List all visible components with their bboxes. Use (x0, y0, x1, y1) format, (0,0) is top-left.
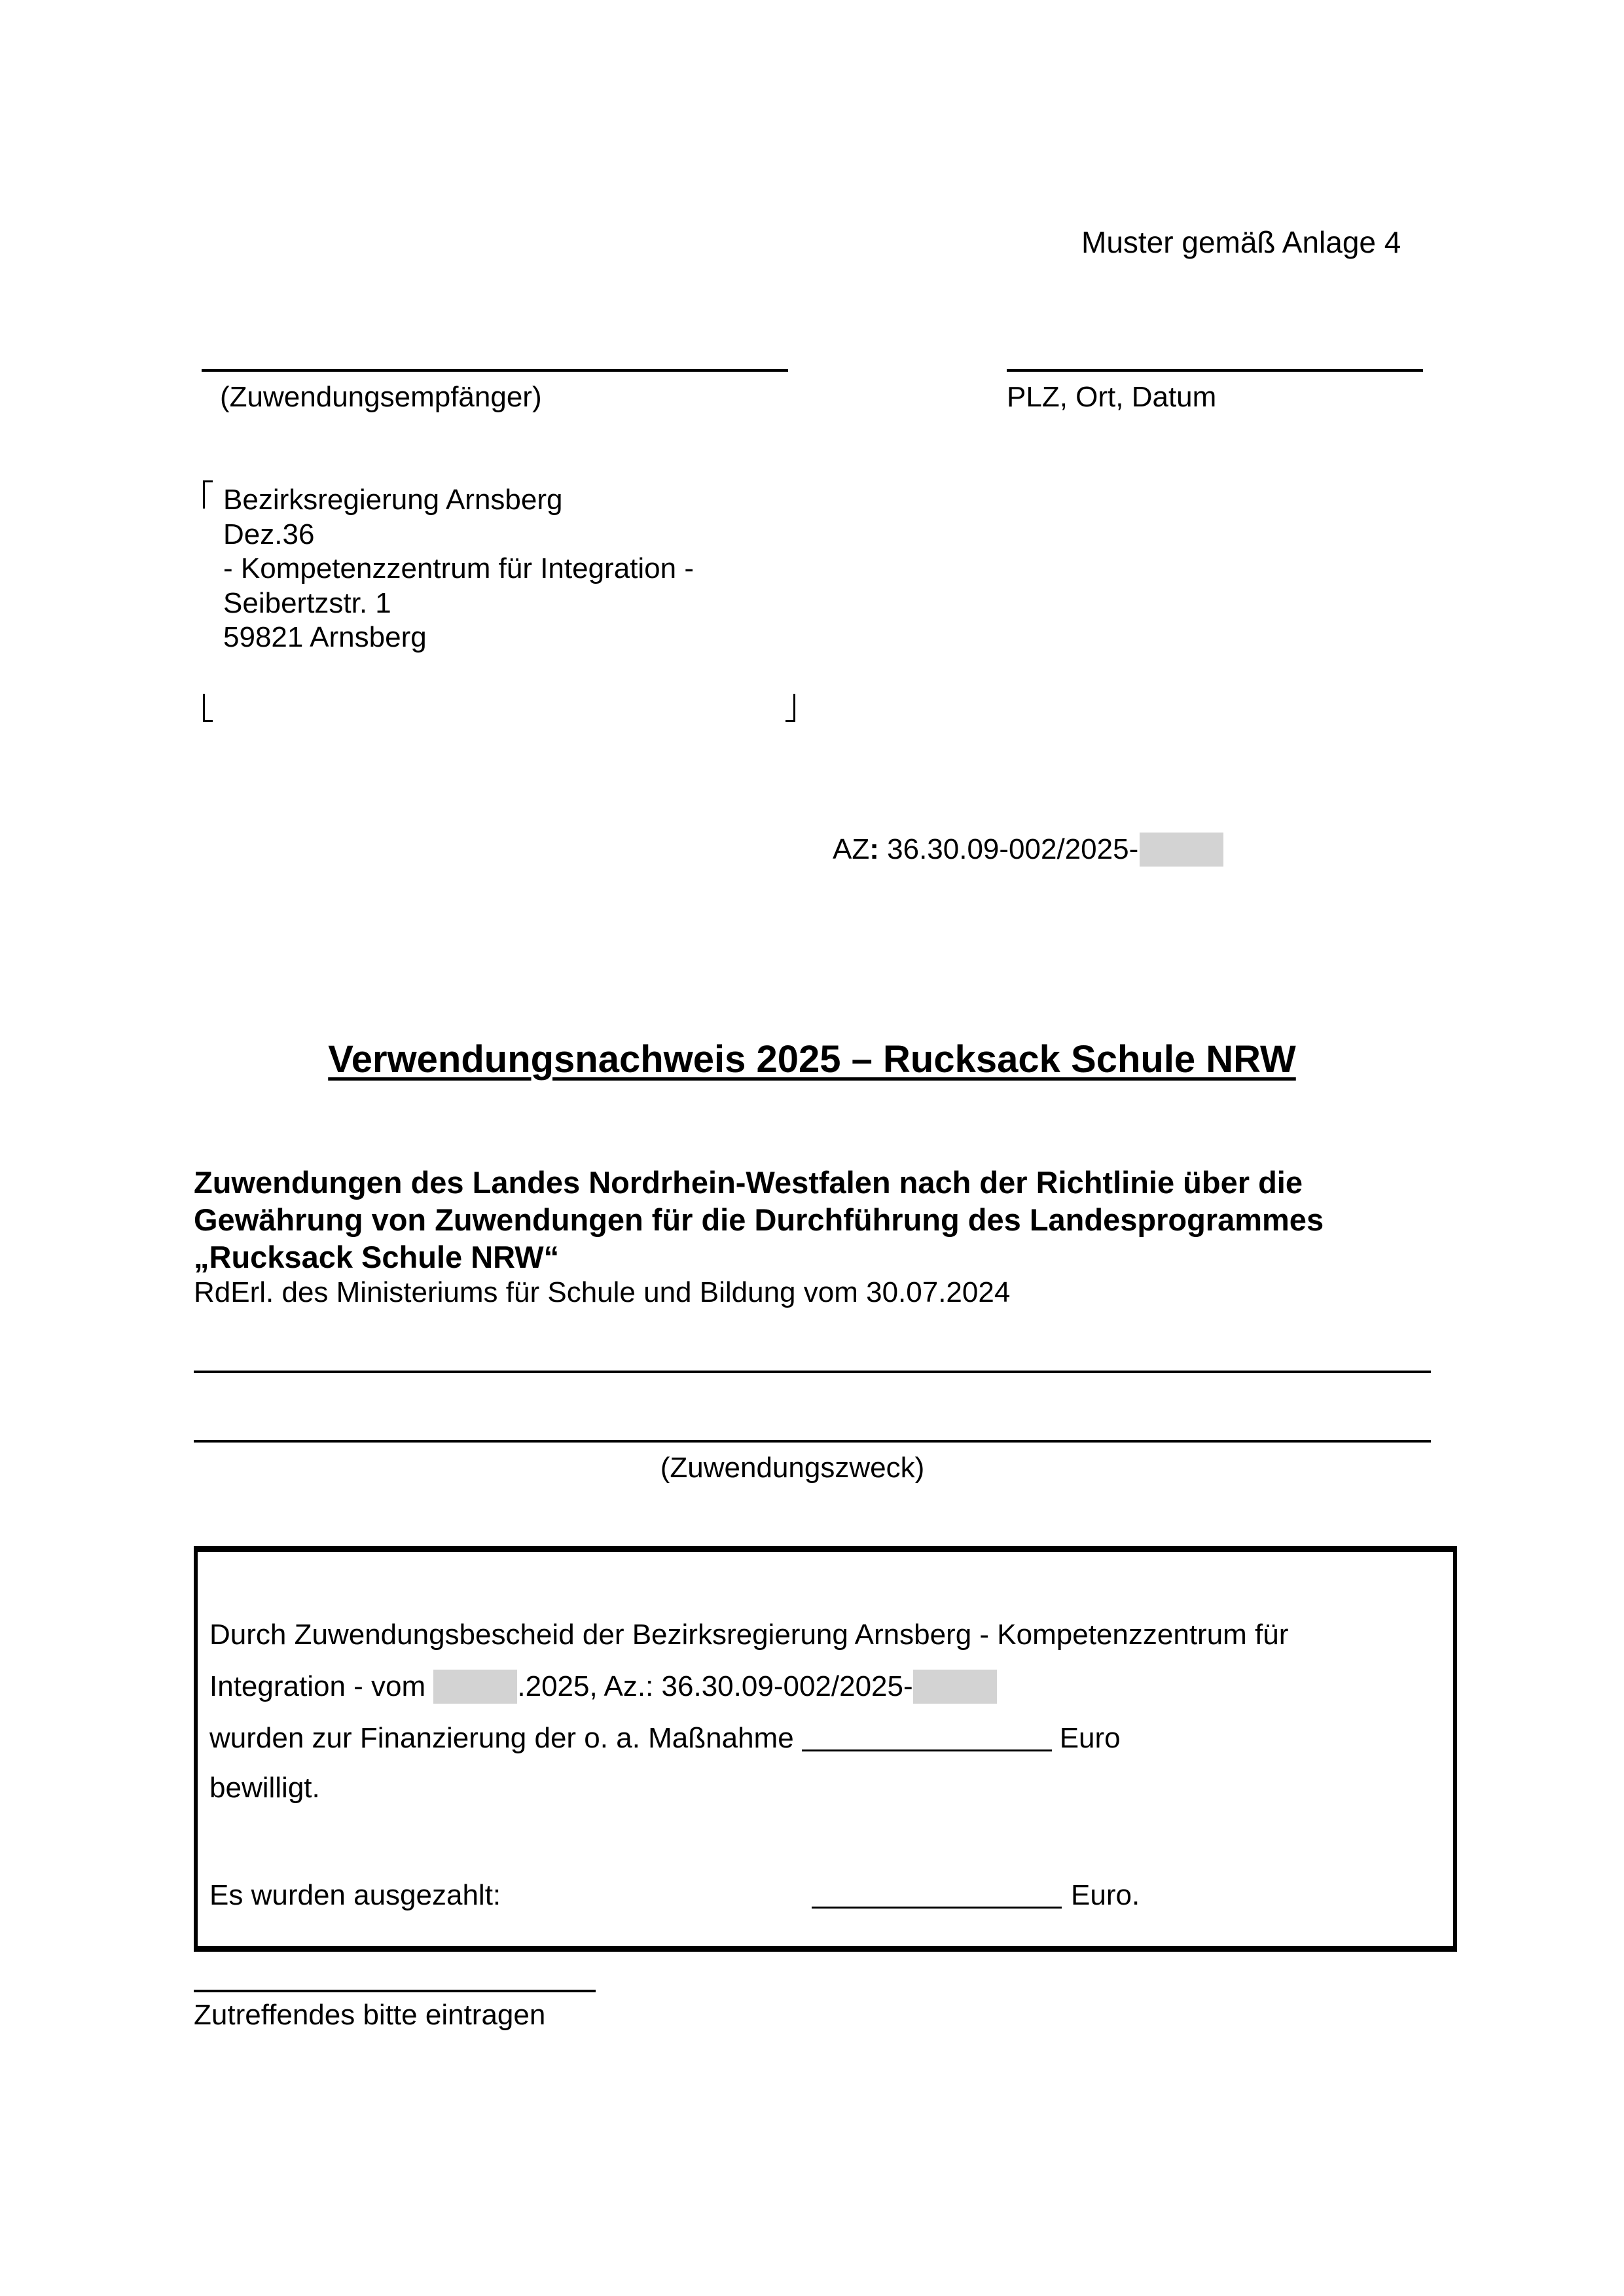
grant-line-3: wurden zur Finanzierung der o. a. Maßnah… (209, 1722, 1121, 1755)
purpose-label-row: (Zuwendungszweck) (0, 1452, 1624, 1484)
place-date-input-line[interactable] (1007, 369, 1423, 372)
purpose-label: (Zuwendungszweck) (660, 1452, 925, 1484)
address-corner-bottom-right-icon (785, 694, 795, 722)
paid-label: Es wurden ausgezahlt: (209, 1879, 501, 1912)
purpose-input-line-1[interactable] (194, 1371, 1431, 1373)
footnote: Zutreffendes bitte eintragen (194, 1999, 545, 2032)
paid-currency: Euro. (1071, 1879, 1140, 1912)
address-line: Seibertzstr. 1 (223, 586, 694, 621)
recipient-label: (Zuwendungsempfänger) (220, 381, 542, 414)
approved-currency: Euro (1060, 1722, 1121, 1755)
redacted-reference-suffix[interactable] (1140, 833, 1223, 867)
redacted-grant-reference[interactable] (913, 1670, 997, 1704)
funding-subtitle: Zuwendungen des Landes Nordrhein-Westfal… (194, 1164, 1324, 1276)
subtitle-line: „Rucksack Schule NRW“ (194, 1238, 1324, 1276)
grant-line-2: Integration - vom .2025, Az.: 36.30.09-0… (209, 1670, 997, 1704)
footnote-separator (194, 1990, 596, 1992)
recipient-address: Bezirksregierung Arnsberg Dez.36 - Kompe… (223, 483, 694, 655)
reference-number: AZ: 36.30.09-002/2025- (833, 833, 1223, 867)
address-line: - Kompetenzzentrum für Integration - (223, 552, 694, 586)
grant-info-box: Durch Zuwendungsbescheid der Bezirksregi… (194, 1546, 1457, 1952)
redacted-grant-date[interactable] (433, 1670, 517, 1704)
template-label: Muster gemäß Anlage 4 (1081, 224, 1401, 260)
approved-amount-field[interactable] (802, 1726, 1052, 1751)
page-title: Verwendungsnachweis 2025 – Rucksack Schu… (0, 1037, 1624, 1081)
purpose-input-line-2[interactable] (194, 1440, 1431, 1443)
grant-line-1: Durch Zuwendungsbescheid der Bezirksregi… (209, 1619, 1288, 1651)
place-date-label: PLZ, Ort, Datum (1007, 381, 1216, 414)
subtitle-line: Gewährung von Zuwendungen für die Durchf… (194, 1201, 1324, 1238)
grant-line-4: bewilligt. (209, 1772, 320, 1804)
reference-value: 36.30.09-002/2025- (887, 833, 1138, 866)
subtitle-line: Zuwendungen des Landes Nordrhein-Westfal… (194, 1164, 1324, 1201)
address-line: Bezirksregierung Arnsberg (223, 483, 694, 518)
paid-amount-field[interactable] (812, 1883, 1062, 1909)
decree-reference: RdErl. des Ministeriums für Schule und B… (194, 1276, 1010, 1309)
page-title-text: Verwendungsnachweis 2025 – Rucksack Schu… (328, 1038, 1296, 1081)
recipient-input-line[interactable] (202, 369, 788, 372)
address-corner-top-left-icon (203, 480, 213, 509)
reference-label: AZ (833, 833, 869, 866)
address-line: 59821 Arnsberg (223, 620, 694, 655)
grant-line-2-prefix: Integration - vom (209, 1670, 425, 1703)
address-corner-bottom-left-icon (203, 694, 213, 722)
paid-line: Es wurden ausgezahlt: Euro. (209, 1879, 501, 1912)
reference-colon: : (869, 833, 879, 866)
grant-line-3-prefix: wurden zur Finanzierung der o. a. Maßnah… (209, 1722, 794, 1755)
address-line: Dez.36 (223, 518, 694, 552)
grant-line-2-suffix: .2025, Az.: 36.30.09-002/2025- (517, 1670, 912, 1703)
